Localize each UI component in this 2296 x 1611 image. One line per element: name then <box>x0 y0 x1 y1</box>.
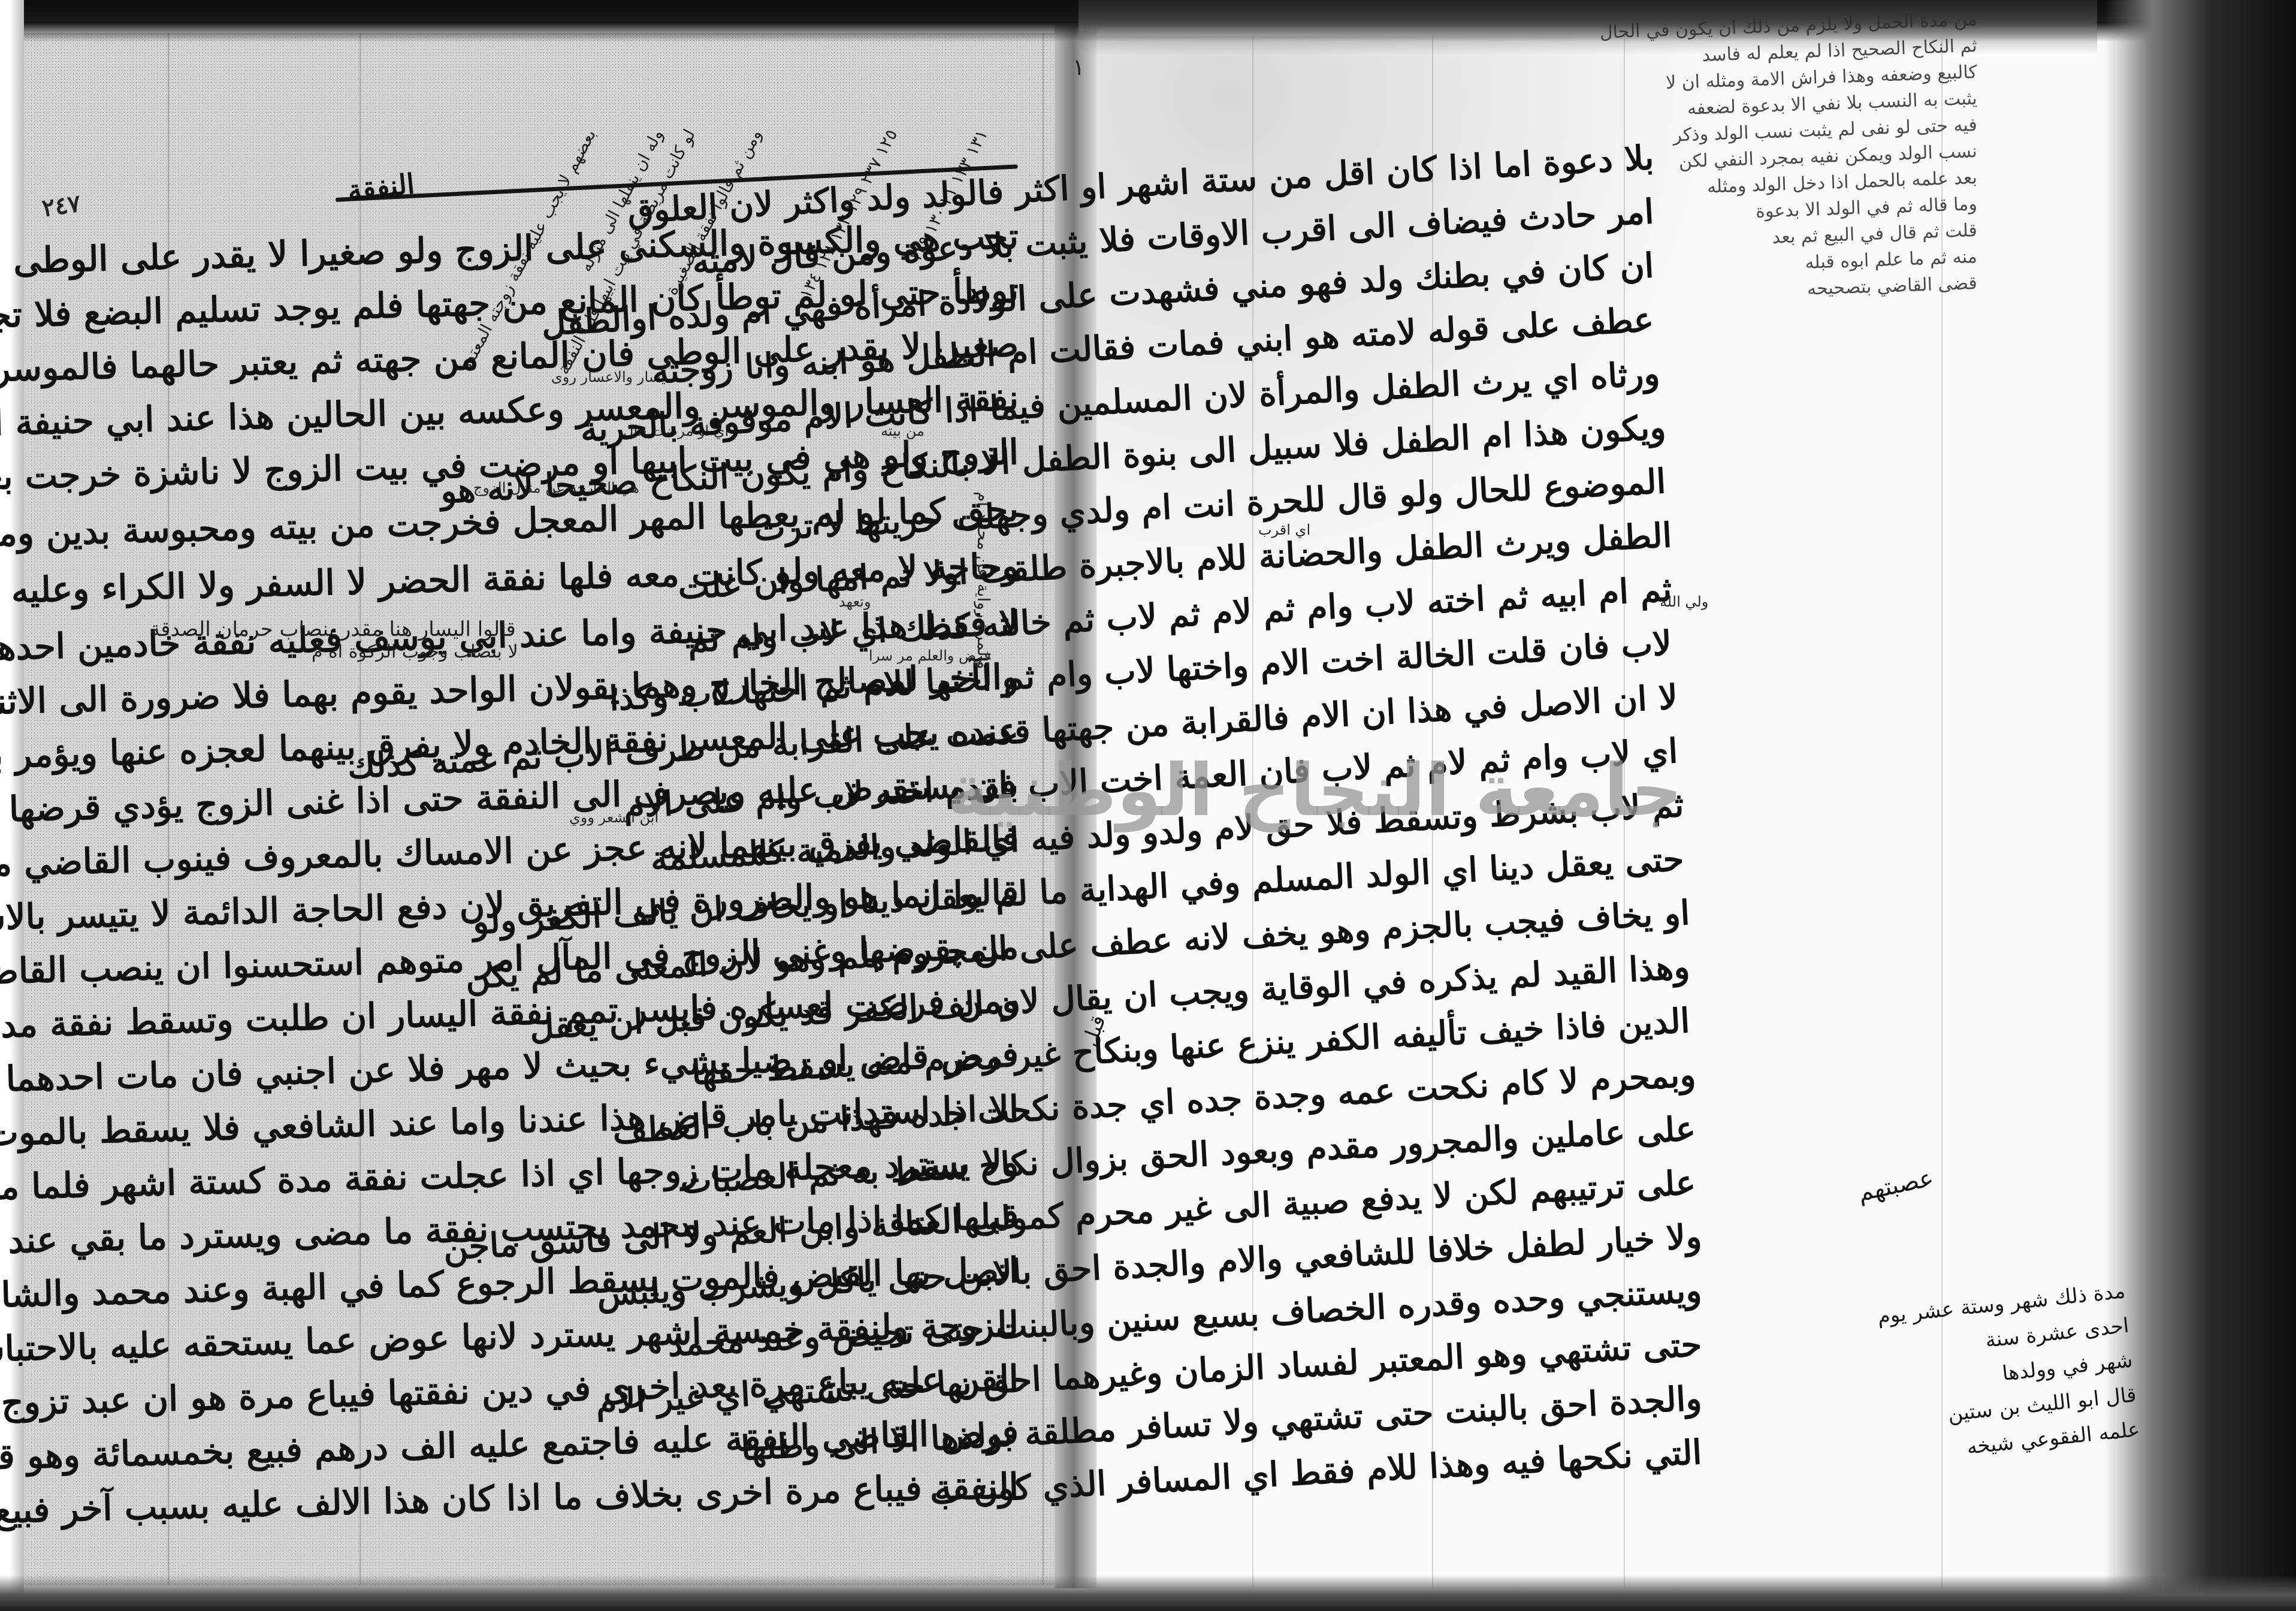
colophon-note: مدة ذلك شهر وستة عشر يوم احدى عشرة سنة ش… <box>1945 1274 2142 1465</box>
library-watermark: جامعة النجاح الوطنية <box>947 749 1682 832</box>
manuscript-scan: ٢٤٧ ١ بعضهم لا يجب عليه نفقة زوجته المعت… <box>0 0 2296 1611</box>
interlinear-gloss: يسار والاعسار روى <box>551 369 666 385</box>
folio-number: ٢٤٧ <box>40 189 82 223</box>
interlinear-gloss: ولي الله <box>1660 593 1708 610</box>
right-page-mark: ١ <box>1073 54 1084 80</box>
interlinear-gloss: اي اقرب <box>1258 521 1310 538</box>
left-top-margin-notes: بعضهم لا يجب عليه نفقة زوجته المعتدة لو … <box>312 36 1055 180</box>
outer-margin-note: لا بنصاب وجوب الزكوة اه م <box>312 641 518 662</box>
right-top-margin-block: من مدة الحمل ولا يلزم من ذلك ان يكون في … <box>1666 12 1977 348</box>
outer-margin-note: قالوا اليسار هنا مقدر بنصاب حرمان الصدقة <box>150 617 516 641</box>
scanner-edge-bottom <box>0 1575 2296 1611</box>
